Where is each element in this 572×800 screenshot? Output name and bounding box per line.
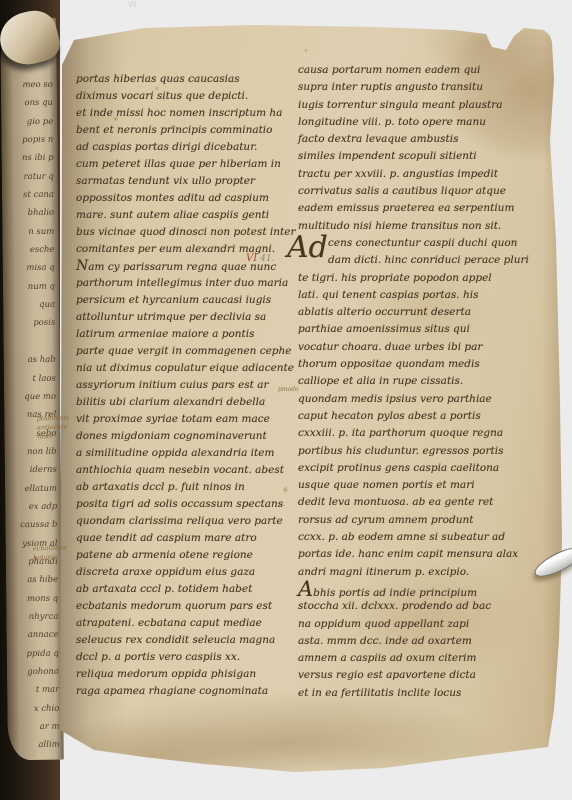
manuscript-line: posita tigri ad solis occassum spectans bbox=[76, 496, 292, 513]
edge-fragment: bhalio bbox=[4, 204, 54, 223]
manuscript-line: similes impendent scopuli sitienti bbox=[298, 148, 520, 165]
manuscript-line: dones migdoniam cognominaverunt bbox=[76, 428, 292, 445]
edge-fragment: iderns bbox=[7, 461, 57, 480]
manuscript-line: te tigri. his propriate popodon appel bbox=[298, 270, 520, 287]
manuscript-line: vit proximae syriae totam eam mace bbox=[76, 411, 292, 428]
edge-fragment: ellatum bbox=[7, 479, 57, 498]
edge-fragment: t laos bbox=[6, 369, 56, 388]
manuscript-line: parte quae vergit in commagenen cephe bbox=[76, 343, 292, 360]
manuscript-line: discreta araxe oppidum eius gaza bbox=[76, 564, 292, 581]
manuscript-line: anthiochia quam nesebin vocant. abest bbox=[76, 462, 292, 479]
manuscript-line: bilitis ubi clarium alexandri debella bbox=[76, 394, 292, 411]
edge-fragment: st cana bbox=[4, 186, 54, 205]
manuscript-line: patene ab armenia otene regione bbox=[76, 547, 292, 564]
manuscript-line: quondam clarissima reliqua vero parte bbox=[76, 513, 292, 530]
manuscript-line: ab artaxatis dccl p. fuit ninos in bbox=[76, 479, 292, 496]
manuscript-line: ad caspias portas dirigi dicebatur. bbox=[76, 139, 292, 156]
manuscript-line: et inde missi hoc nomen inscriptum ha bbox=[76, 105, 292, 122]
manuscript-line: rorsus ad cyrum amnem produnt bbox=[298, 512, 520, 529]
manuscript-line: parthiae amoenissimus situs qui bbox=[298, 321, 520, 338]
right-text-column: causa portarum nomen eadem quisupra inte… bbox=[298, 62, 520, 702]
manuscript-line: reliqua medorum oppida phisigan bbox=[76, 666, 292, 683]
manuscript-line: cens conectuntur caspii duchi quon bbox=[298, 235, 520, 252]
manuscript-line: portas ide. hanc enim capit mensura alax bbox=[298, 546, 520, 563]
manuscript-line: ablatis alterio occurrunt deserta bbox=[298, 304, 520, 321]
edge-fragment: as hab bbox=[6, 351, 56, 370]
edge-fragment: mons q bbox=[8, 589, 58, 608]
edge-fragment: meo so bbox=[3, 76, 53, 95]
edge-fragment: popis n bbox=[3, 131, 53, 150]
manuscript-line: atrapateni. ecbatana caput mediae bbox=[76, 615, 292, 632]
edge-fragment: non lib bbox=[7, 443, 57, 462]
edge-fragment: annace bbox=[8, 626, 58, 645]
edge-fragment: gohona bbox=[9, 663, 59, 682]
left-text-column: portas hiberias quas caucasiasdiximus vo… bbox=[76, 71, 292, 700]
manuscript-line: eadem emissus praeterea ea serpentium bbox=[298, 200, 520, 217]
edge-fragment: caussa b bbox=[7, 516, 57, 535]
edge-fragment: ns ibi p bbox=[3, 149, 53, 168]
manuscript-line: vocatur choara. duae urbes ibi par bbox=[298, 339, 520, 356]
manuscript-line: seleucus rex condidit seleucia magna bbox=[76, 632, 292, 649]
manuscript-line: Abhis portis ad indie principium bbox=[298, 581, 520, 598]
edge-fragment: allim bbox=[10, 736, 60, 755]
book-number: VI bbox=[246, 253, 257, 264]
manuscript-line: dedit leva montuosa. ab ea gente ret bbox=[298, 494, 520, 511]
marginal-gloss-nesebin: ptolomaisantiochienisor bbox=[37, 413, 70, 441]
manuscript-line: asta. mmm dcc. inde ad oxartem bbox=[298, 633, 520, 650]
manuscript-line: portas hiberias quas caucasias bbox=[76, 71, 292, 88]
edge-fragment: t mar bbox=[9, 681, 59, 700]
manuscript-line: excipit protinus gens caspia caelitona bbox=[298, 460, 520, 477]
manuscript-line: ab artaxata cccl p. totidem habet bbox=[76, 581, 292, 598]
manuscript-line: facto dextra levaque ambustis bbox=[298, 131, 520, 148]
manuscript-line: longitudine viii. p. toto opere manu bbox=[298, 114, 520, 131]
margin-mark: q. bbox=[283, 486, 289, 493]
manuscript-line: bent et neronis principis comminatio bbox=[76, 122, 292, 139]
edge-fragment: nhyrca bbox=[8, 608, 58, 627]
illuminated-initial: Ad bbox=[287, 233, 328, 263]
manuscript-line: multitudo nisi hieme transitus non sit. bbox=[298, 218, 520, 235]
margin-mark: a- bbox=[279, 502, 285, 509]
manuscript-line: ccxx. p. ab eodem amne si subeatur ad bbox=[298, 529, 520, 546]
marginal-gloss-ecbatana: ecbathanebatanis bbox=[33, 543, 68, 562]
manuscript-scan: W meo soons qugio pepopis nns ibi pratur… bbox=[0, 0, 572, 800]
manuscript-line: latirum armeniae maiore a pontis bbox=[76, 326, 292, 343]
manuscript-line: andri magni itinerum p. excipio. bbox=[298, 564, 520, 581]
edge-fragment: ons qu bbox=[3, 94, 53, 113]
manuscript-line: supra inter ruptis angusto transitu bbox=[298, 79, 520, 96]
section-number: 41. bbox=[260, 254, 274, 264]
edge-fragment: ppida q bbox=[9, 644, 59, 663]
manuscript-line: usque quae nomen portis et mari bbox=[298, 477, 520, 494]
manuscript-line: dccl p. a portis vero caspiis xx. bbox=[76, 649, 292, 666]
edge-fragment: misa q bbox=[5, 259, 55, 278]
edge-fragment: que mo bbox=[6, 388, 56, 407]
manuscript-line: raga apamea rhagiane cognominata bbox=[76, 683, 292, 700]
manuscript-line: oppossitos montes aditu ad caspium bbox=[76, 190, 292, 207]
manuscript-line: amnem a caspiis ad oxum citerim bbox=[298, 650, 520, 667]
manuscript-line: portibus his cluduntur. egressos portis bbox=[298, 443, 520, 460]
edge-fragment: ar m bbox=[9, 718, 59, 737]
manuscript-line: caput hecaton pylos abest a portis bbox=[298, 408, 520, 425]
edge-fragment: posis bbox=[5, 314, 55, 333]
manuscript-line: calliope et alia in rupe cissatis. bbox=[298, 373, 520, 390]
edge-fragment: num q bbox=[5, 278, 55, 297]
manuscript-line: versus regio est apavortene dicta bbox=[298, 667, 520, 684]
manuscript-line: dam dicti. hinc conriduci perace pluri bbox=[298, 252, 520, 269]
manuscript-line: sarmatas tendunt vix ullo propter bbox=[76, 173, 292, 190]
manuscript-page: portas hiberias quas caucasiasdiximus vo… bbox=[54, 20, 568, 780]
manuscript-line: corrivatus salis a cautibus liquor atque bbox=[298, 183, 520, 200]
edge-fragment: esche bbox=[4, 241, 54, 260]
manuscript-line: nia ut diximus copulatur eique adiacente bbox=[76, 360, 292, 377]
manuscript-line: diximus vocari situs que depicti. bbox=[76, 88, 292, 105]
edge-fragment: x chio bbox=[9, 699, 59, 718]
manuscript-line: assyriorum initium cuius pars est ar bbox=[76, 377, 292, 394]
manuscript-line: lati. qui tenent caspias portas. his bbox=[298, 287, 520, 304]
manuscript-line: cum peteret illas quae per hiberiam in bbox=[76, 156, 292, 173]
manuscript-line: na oppidum quod appellant zapi bbox=[298, 616, 520, 633]
edge-fragment: gio pe bbox=[3, 112, 53, 131]
scan-watermark: W bbox=[128, 0, 137, 10]
manuscript-line: tractu per xxviii. p. angustias impedit bbox=[298, 166, 520, 183]
edge-fragment: qua bbox=[5, 296, 55, 315]
edge-fragment: ratur q bbox=[4, 167, 54, 186]
underlying-leaf-edge: meo soons qugio pepopis nns ibi pratur q… bbox=[0, 18, 64, 761]
manuscript-line: quondam medis ipsius vero parthiae bbox=[298, 391, 520, 408]
edge-fragment bbox=[5, 333, 55, 352]
edge-fragment: ex adp bbox=[7, 498, 57, 517]
manuscript-line: ecbatanis medorum quorum pars est bbox=[76, 598, 292, 615]
manuscript-line: cxxxiii. p. ita parthorum quoque regna bbox=[298, 425, 520, 442]
manuscript-line: stoccha xii. dclxxx. prodendo ad bac bbox=[298, 598, 520, 615]
manuscript-line: et in ea fertilitatis inclite locus bbox=[298, 685, 520, 702]
edge-fragment: n sum bbox=[4, 223, 54, 242]
manuscript-line: bus vicinae quod dinosci non potest inte… bbox=[76, 224, 292, 241]
edge-fragment: as hibe bbox=[8, 571, 58, 590]
margin-mark: pmodo bbox=[278, 386, 299, 393]
chapter-annotation: VI41. bbox=[246, 246, 275, 265]
manuscript-line: a similitudine oppida alexandria item bbox=[76, 445, 292, 462]
manuscript-line: quae tendit ad caspium mare atro bbox=[76, 530, 292, 547]
gloss-line: nisor bbox=[37, 431, 69, 441]
manuscript-line: mare. sunt autem aliae caspiis genti bbox=[76, 207, 292, 224]
manuscript-line: attolluntur utrimque per declivia sa bbox=[76, 309, 292, 326]
manuscript-line: thorum oppositae quondam medis bbox=[298, 356, 520, 373]
gloss-line: batanis bbox=[33, 552, 68, 562]
manuscript-line: persicum et hyrcanium caucasi iugis bbox=[76, 292, 292, 309]
manuscript-line: causa portarum nomen eadem qui bbox=[298, 62, 520, 79]
manuscript-line: iugis torrentur singula meant plaustra bbox=[298, 97, 520, 114]
manuscript-line: parthorum intellegimus inter duo maria bbox=[76, 275, 292, 292]
